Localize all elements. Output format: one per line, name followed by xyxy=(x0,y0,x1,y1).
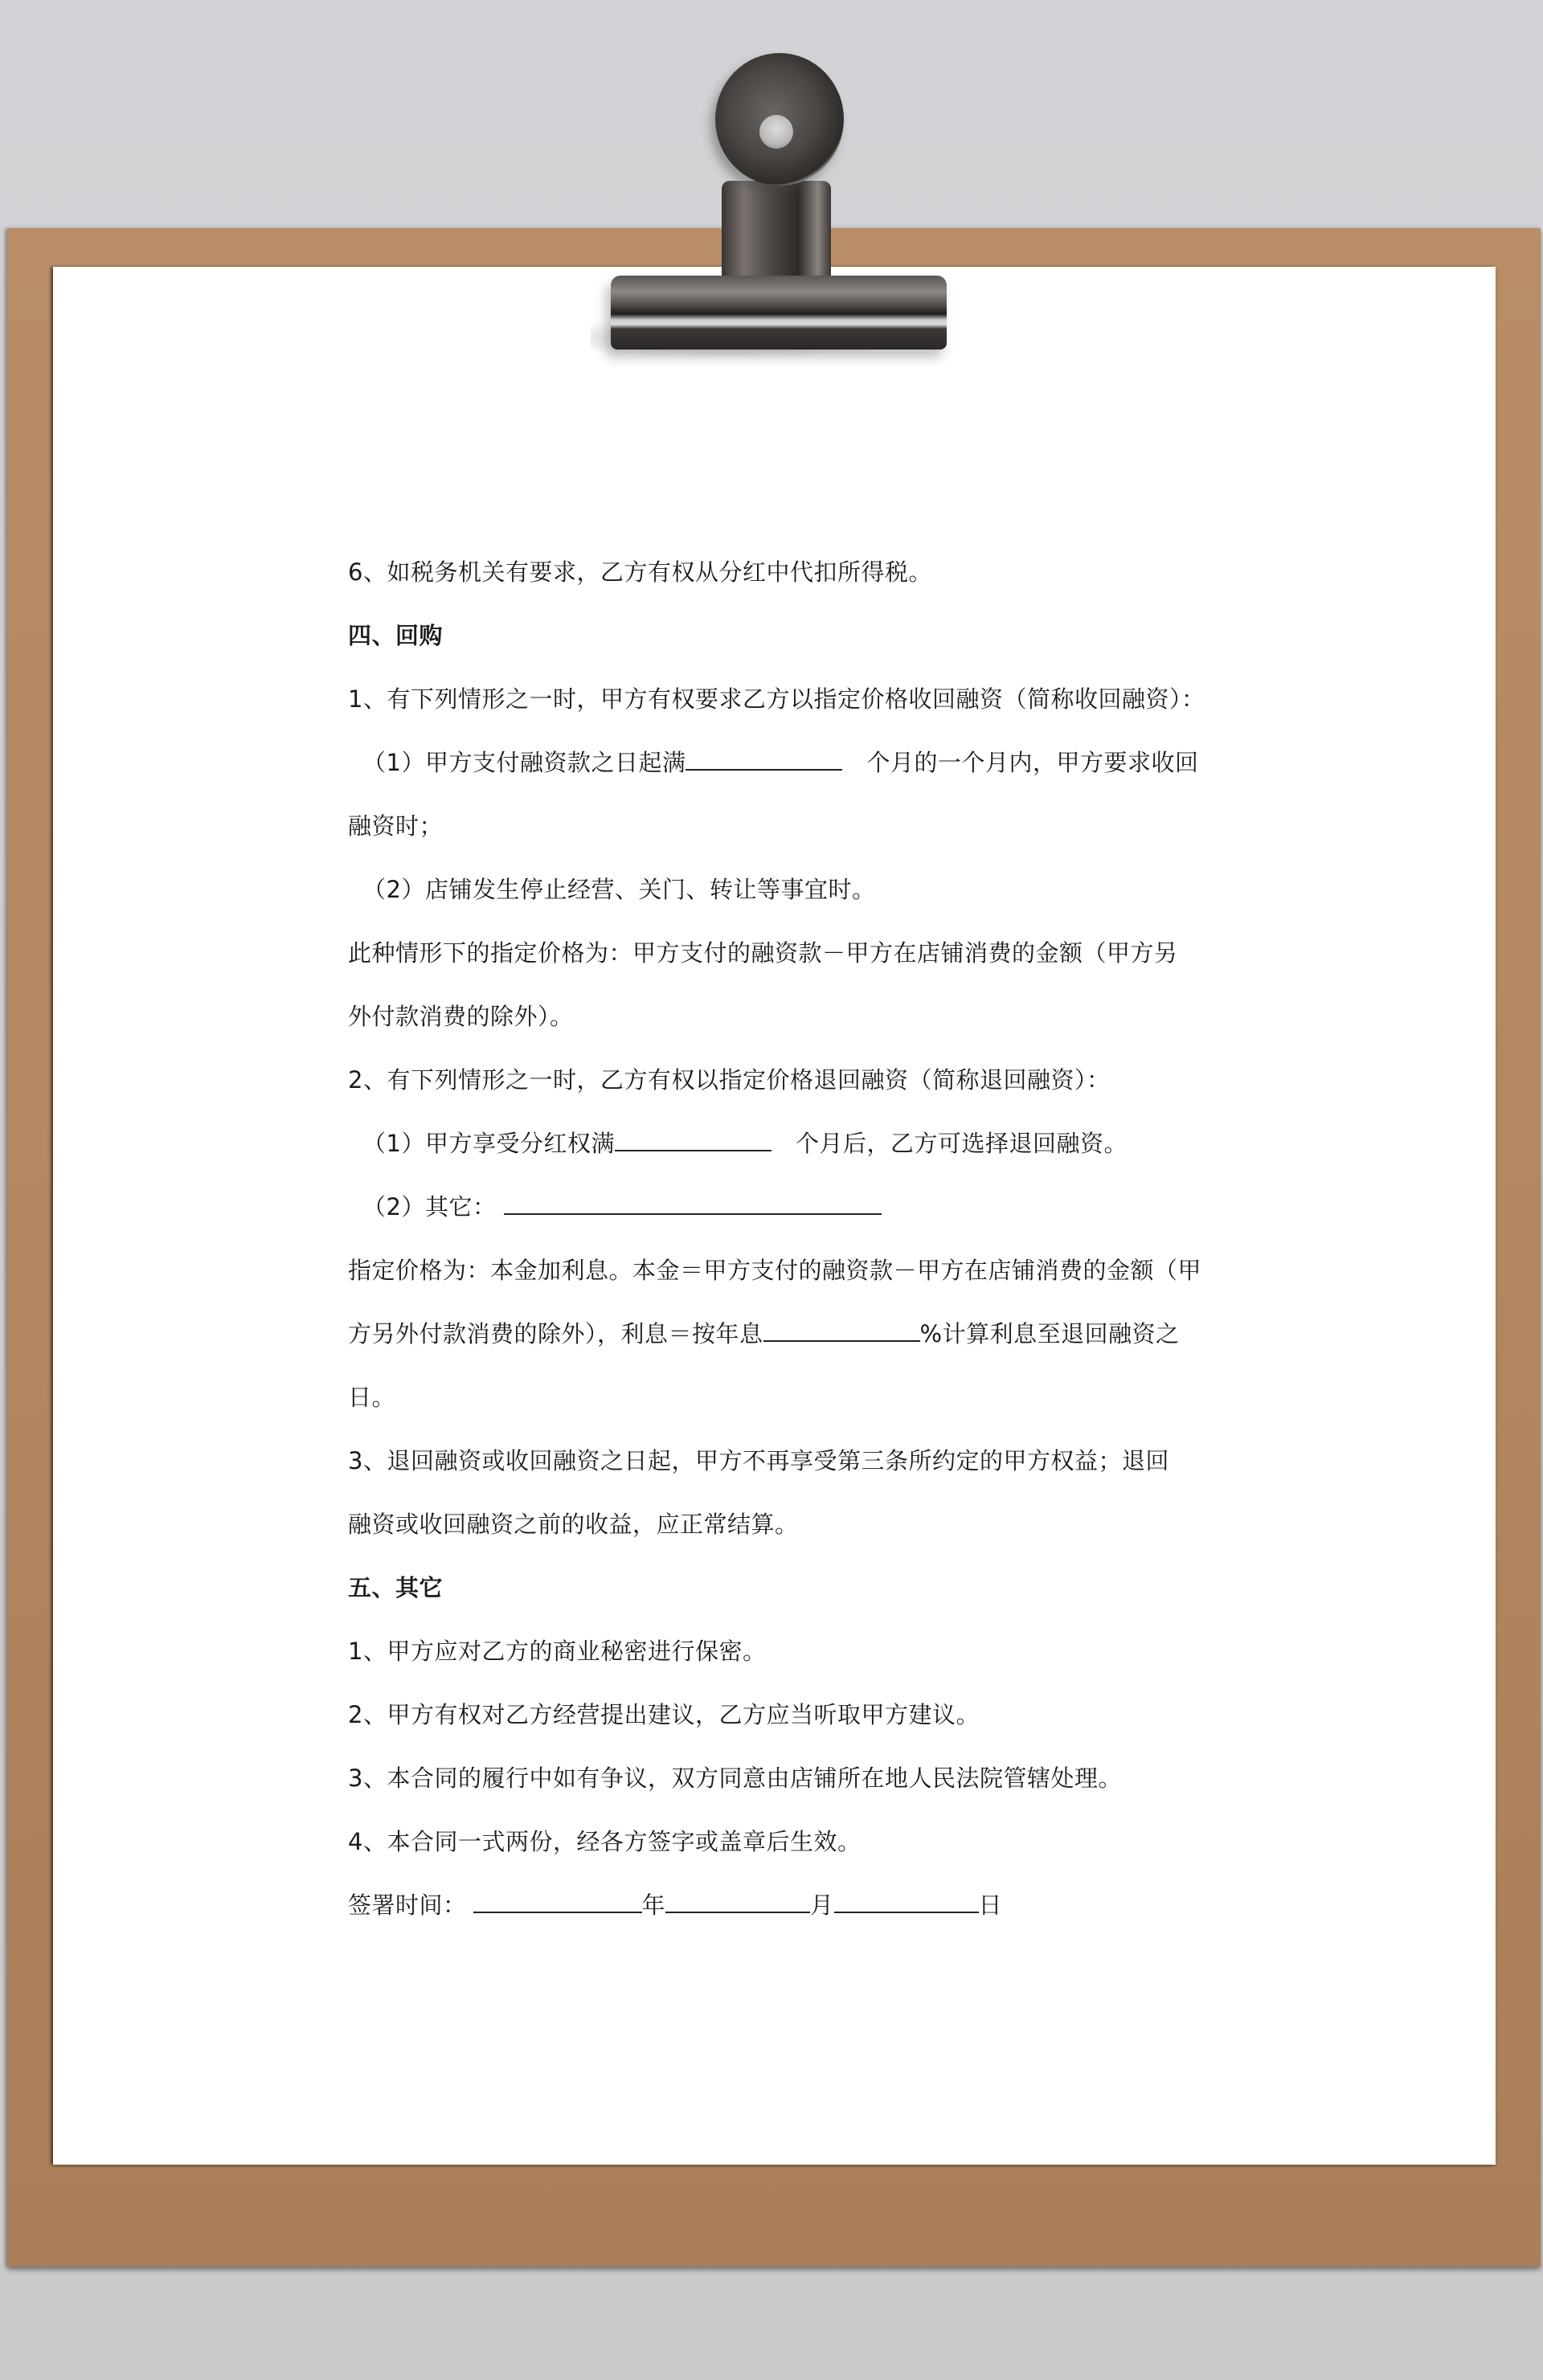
clause-4-3: 3、退回融资或收回融资之日起，甲方不再享受第三条所约定的甲方权益；退回 xyxy=(348,1443,1216,1507)
clause-4-1-1-after: 个月的一个月内，甲方要求收回 xyxy=(866,749,1198,776)
clause-5-3: 3、本合同的履行中如有争议，双方同意由店铺所在地人民法院管辖处理。 xyxy=(348,1760,1216,1824)
clause-4-2-2-before: （2）其它： xyxy=(362,1193,496,1221)
clause-4-1-1: （1）甲方支付融资款之日起满个月的一个月内，甲方要求收回 xyxy=(348,745,1216,808)
clause-4-1: 1、有下列情形之一时，甲方有权要求乙方以指定价格收回融资（简称收回融资）： xyxy=(348,681,1216,745)
price-rule-2-cont: 方另外付款消费的除外），利息＝按年息%计算利息至退回融资之 xyxy=(348,1316,1216,1380)
clause-4-3-cont: 融资或收回融资之前的收益，应正常结算。 xyxy=(348,1507,1216,1570)
price-rule-1: 此种情形下的指定价格为：甲方支付的融资款－甲方在店铺消费的金额（甲方另 xyxy=(348,935,1216,999)
clause-4-2: 2、有下列情形之一时，乙方有权以指定价格退回融资（简称退回融资）： xyxy=(348,1062,1216,1126)
clause-4-1-2: （2）店铺发生停止经营、关门、转让等事宜时。 xyxy=(348,872,1216,935)
clause-5-1: 1、甲方应对乙方的商业秘密进行保密。 xyxy=(348,1634,1216,1697)
section-heading-other: 五、其它 xyxy=(348,1570,1216,1634)
clause-4-2-1-after: 个月后，乙方可选择退回融资。 xyxy=(796,1130,1128,1157)
dividend-months-blank-field[interactable] xyxy=(615,1126,771,1151)
month-blank-field[interactable] xyxy=(665,1887,810,1913)
interest-rate-blank-field[interactable] xyxy=(763,1316,920,1342)
price-rule-2-before: 方另外付款消费的除外），利息＝按年息 xyxy=(348,1320,763,1347)
clause-5-2: 2、甲方有权对乙方经营提出建议，乙方应当听取甲方建议。 xyxy=(348,1697,1216,1760)
price-rule-1-cont: 外付款消费的除外）。 xyxy=(348,999,1216,1062)
price-rule-2: 指定价格为：本金加利息。本金＝甲方支付的融资款－甲方在店铺消费的金额（甲 xyxy=(348,1253,1216,1316)
clause-4-2-1-before: （1）甲方享受分红权满 xyxy=(362,1130,615,1157)
clause-4-1-1-cont: 融资时； xyxy=(348,808,1216,872)
clause-4-2-2: （2）其它： xyxy=(348,1189,1216,1253)
clause-4-1-1-before: （1）甲方支付融资款之日起满 xyxy=(362,749,686,776)
price-rule-2-after: %计算利息至退回融资之 xyxy=(920,1320,1180,1347)
month-label: 月 xyxy=(810,1891,834,1919)
other-blank-field[interactable] xyxy=(504,1189,882,1215)
day-label: 日 xyxy=(979,1891,1003,1919)
clause-4-2-1: （1）甲方享受分红权满个月后，乙方可选择退回融资。 xyxy=(348,1126,1216,1189)
months-blank-field[interactable] xyxy=(686,745,842,771)
year-label: 年 xyxy=(642,1891,666,1919)
signature-date: 签署时间：年月日 xyxy=(348,1887,1216,1951)
clause-5-4: 4、本合同一式两份，经各方签字或盖章后生效。 xyxy=(348,1824,1216,1887)
year-blank-field[interactable] xyxy=(473,1887,642,1913)
price-rule-2-end: 日。 xyxy=(348,1380,1216,1443)
clip-ring xyxy=(715,53,844,186)
signature-label: 签署时间： xyxy=(348,1891,467,1919)
clip-hole xyxy=(759,115,793,149)
day-blank-field[interactable] xyxy=(834,1887,979,1913)
section-heading-buyback: 四、回购 xyxy=(348,618,1216,681)
contract-text: 6、如税务机关有要求，乙方有权从分红中代扣所得税。 四、回购 1、有下列情形之一… xyxy=(348,554,1216,1951)
clause-3-6: 6、如税务机关有要求，乙方有权从分红中代扣所得税。 xyxy=(348,554,1216,618)
